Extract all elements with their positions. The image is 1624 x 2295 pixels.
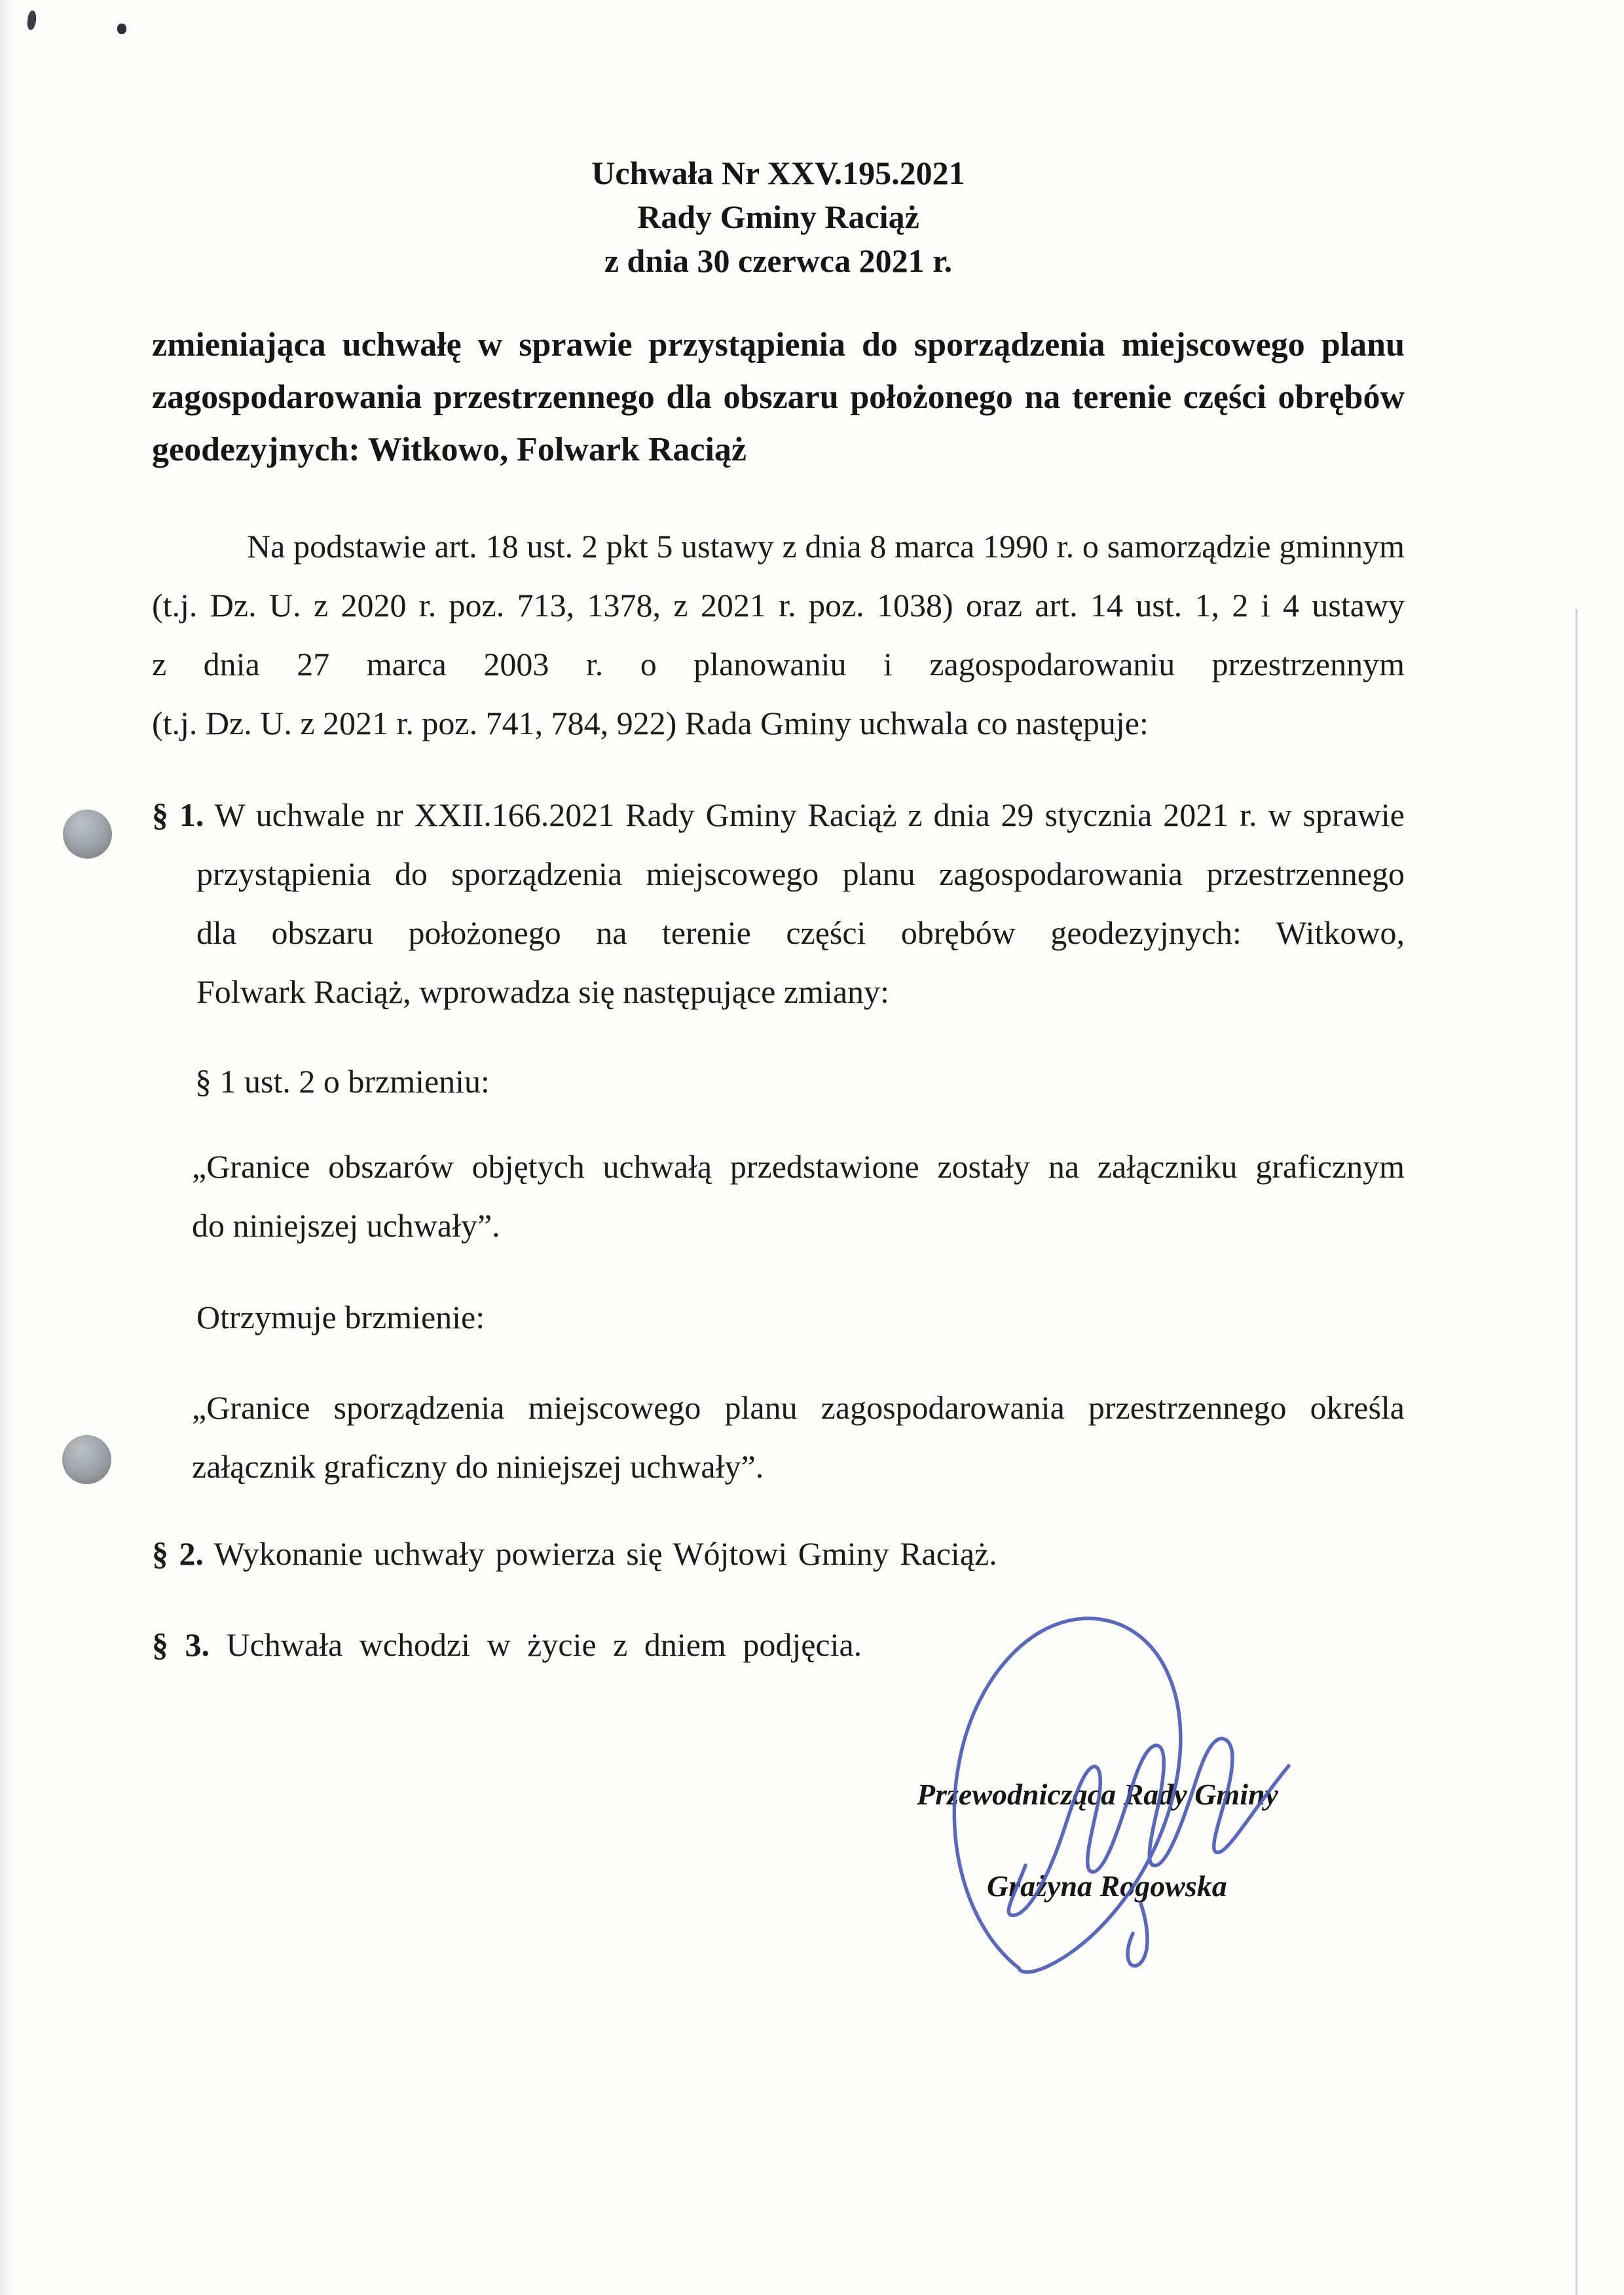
legal-basis-line: Na podstawie art. 18 ust. 2 pkt 5 ustawy… xyxy=(152,517,1405,576)
title-line-date: z dnia 30 czerwca 2021 r. xyxy=(152,239,1405,283)
quoted-provision-new: „Granice sporządzenia miejscowego planu … xyxy=(192,1378,1405,1496)
amendment-intro: § 1 ust. 2 o brzmieniu: xyxy=(195,1052,1405,1111)
subject-line: geodezyjnych: Witkowo, Folwark Raciąż xyxy=(152,424,1405,476)
punch-hole-bottom xyxy=(62,1435,111,1484)
legal-basis-line: z dnia 27 marca 2003 r. o planowaniu i z… xyxy=(152,635,1405,694)
section-1-marker: § 1. xyxy=(152,796,204,833)
title-line-number: Uchwała Nr XXV.195.2021 xyxy=(152,151,1405,195)
scanned-resolution-page: { "artifacts": { "signature_ink": "#4c5c… xyxy=(0,0,1624,2295)
quoted-provision-new-line: załącznik graficzny do niniejszej uchwał… xyxy=(192,1437,1405,1496)
subject-line: zmieniająca uchwałę w sprawie przystąpie… xyxy=(152,319,1405,371)
legal-basis-paragraph: Na podstawie art. 18 ust. 2 pkt 5 ustawy… xyxy=(152,517,1405,753)
document-title: Uchwała Nr XXV.195.2021 Rady Gminy Racią… xyxy=(152,151,1405,283)
quoted-provision-old: „Granice obszarów objętych uchwałą przed… xyxy=(192,1137,1405,1255)
section-1-paragraph: § 1. W uchwale nr XXII.166.2021 Rady Gmi… xyxy=(152,785,1405,1021)
scan-right-edge-line xyxy=(1576,609,1578,2295)
scan-speck-1 xyxy=(26,10,37,31)
section-1-line: dla obszaru położonego na terenie części… xyxy=(196,903,1405,962)
quoted-provision-old-line: do niniejszej uchwały”. xyxy=(192,1196,1405,1255)
legal-basis-line: (t.j. Dz. U. z 2021 r. poz. 741, 784, 92… xyxy=(152,694,1405,753)
quoted-provision-old-line: „Granice obszarów objętych uchwałą przed… xyxy=(192,1137,1405,1196)
signature-tail xyxy=(1128,1903,1147,1966)
subject-paragraph: zmieniająca uchwałę w sprawie przystąpie… xyxy=(152,319,1405,476)
handwritten-signature xyxy=(904,1572,1375,2017)
section-3-marker: § 3. xyxy=(152,1626,210,1663)
section-1-line: przystąpienia do sporządzenia miejscoweg… xyxy=(196,844,1405,903)
subject-line: zagospodarowania przestrzennego dla obsz… xyxy=(152,371,1405,424)
title-line-authority: Rady Gminy Raciąż xyxy=(152,195,1405,239)
legal-basis-line: (t.j. Dz. U. z 2020 r. poz. 713, 1378, z… xyxy=(152,576,1405,635)
amendment-transition: Otrzymuje brzmienie: xyxy=(196,1288,1405,1347)
scan-speck-2 xyxy=(117,24,126,34)
section-2-marker: § 2. xyxy=(152,1535,204,1572)
scan-edge-shading xyxy=(0,0,12,2295)
punch-hole-top xyxy=(63,810,112,859)
section-1-line: § 1. W uchwale nr XXII.166.2021 Rady Gmi… xyxy=(152,785,1405,844)
signature-scribble xyxy=(1008,1738,1289,1915)
quoted-provision-new-line: „Granice sporządzenia miejscowego planu … xyxy=(192,1378,1405,1437)
section-1-line: Folwark Raciąż, wprowadza się następując… xyxy=(196,962,1405,1021)
